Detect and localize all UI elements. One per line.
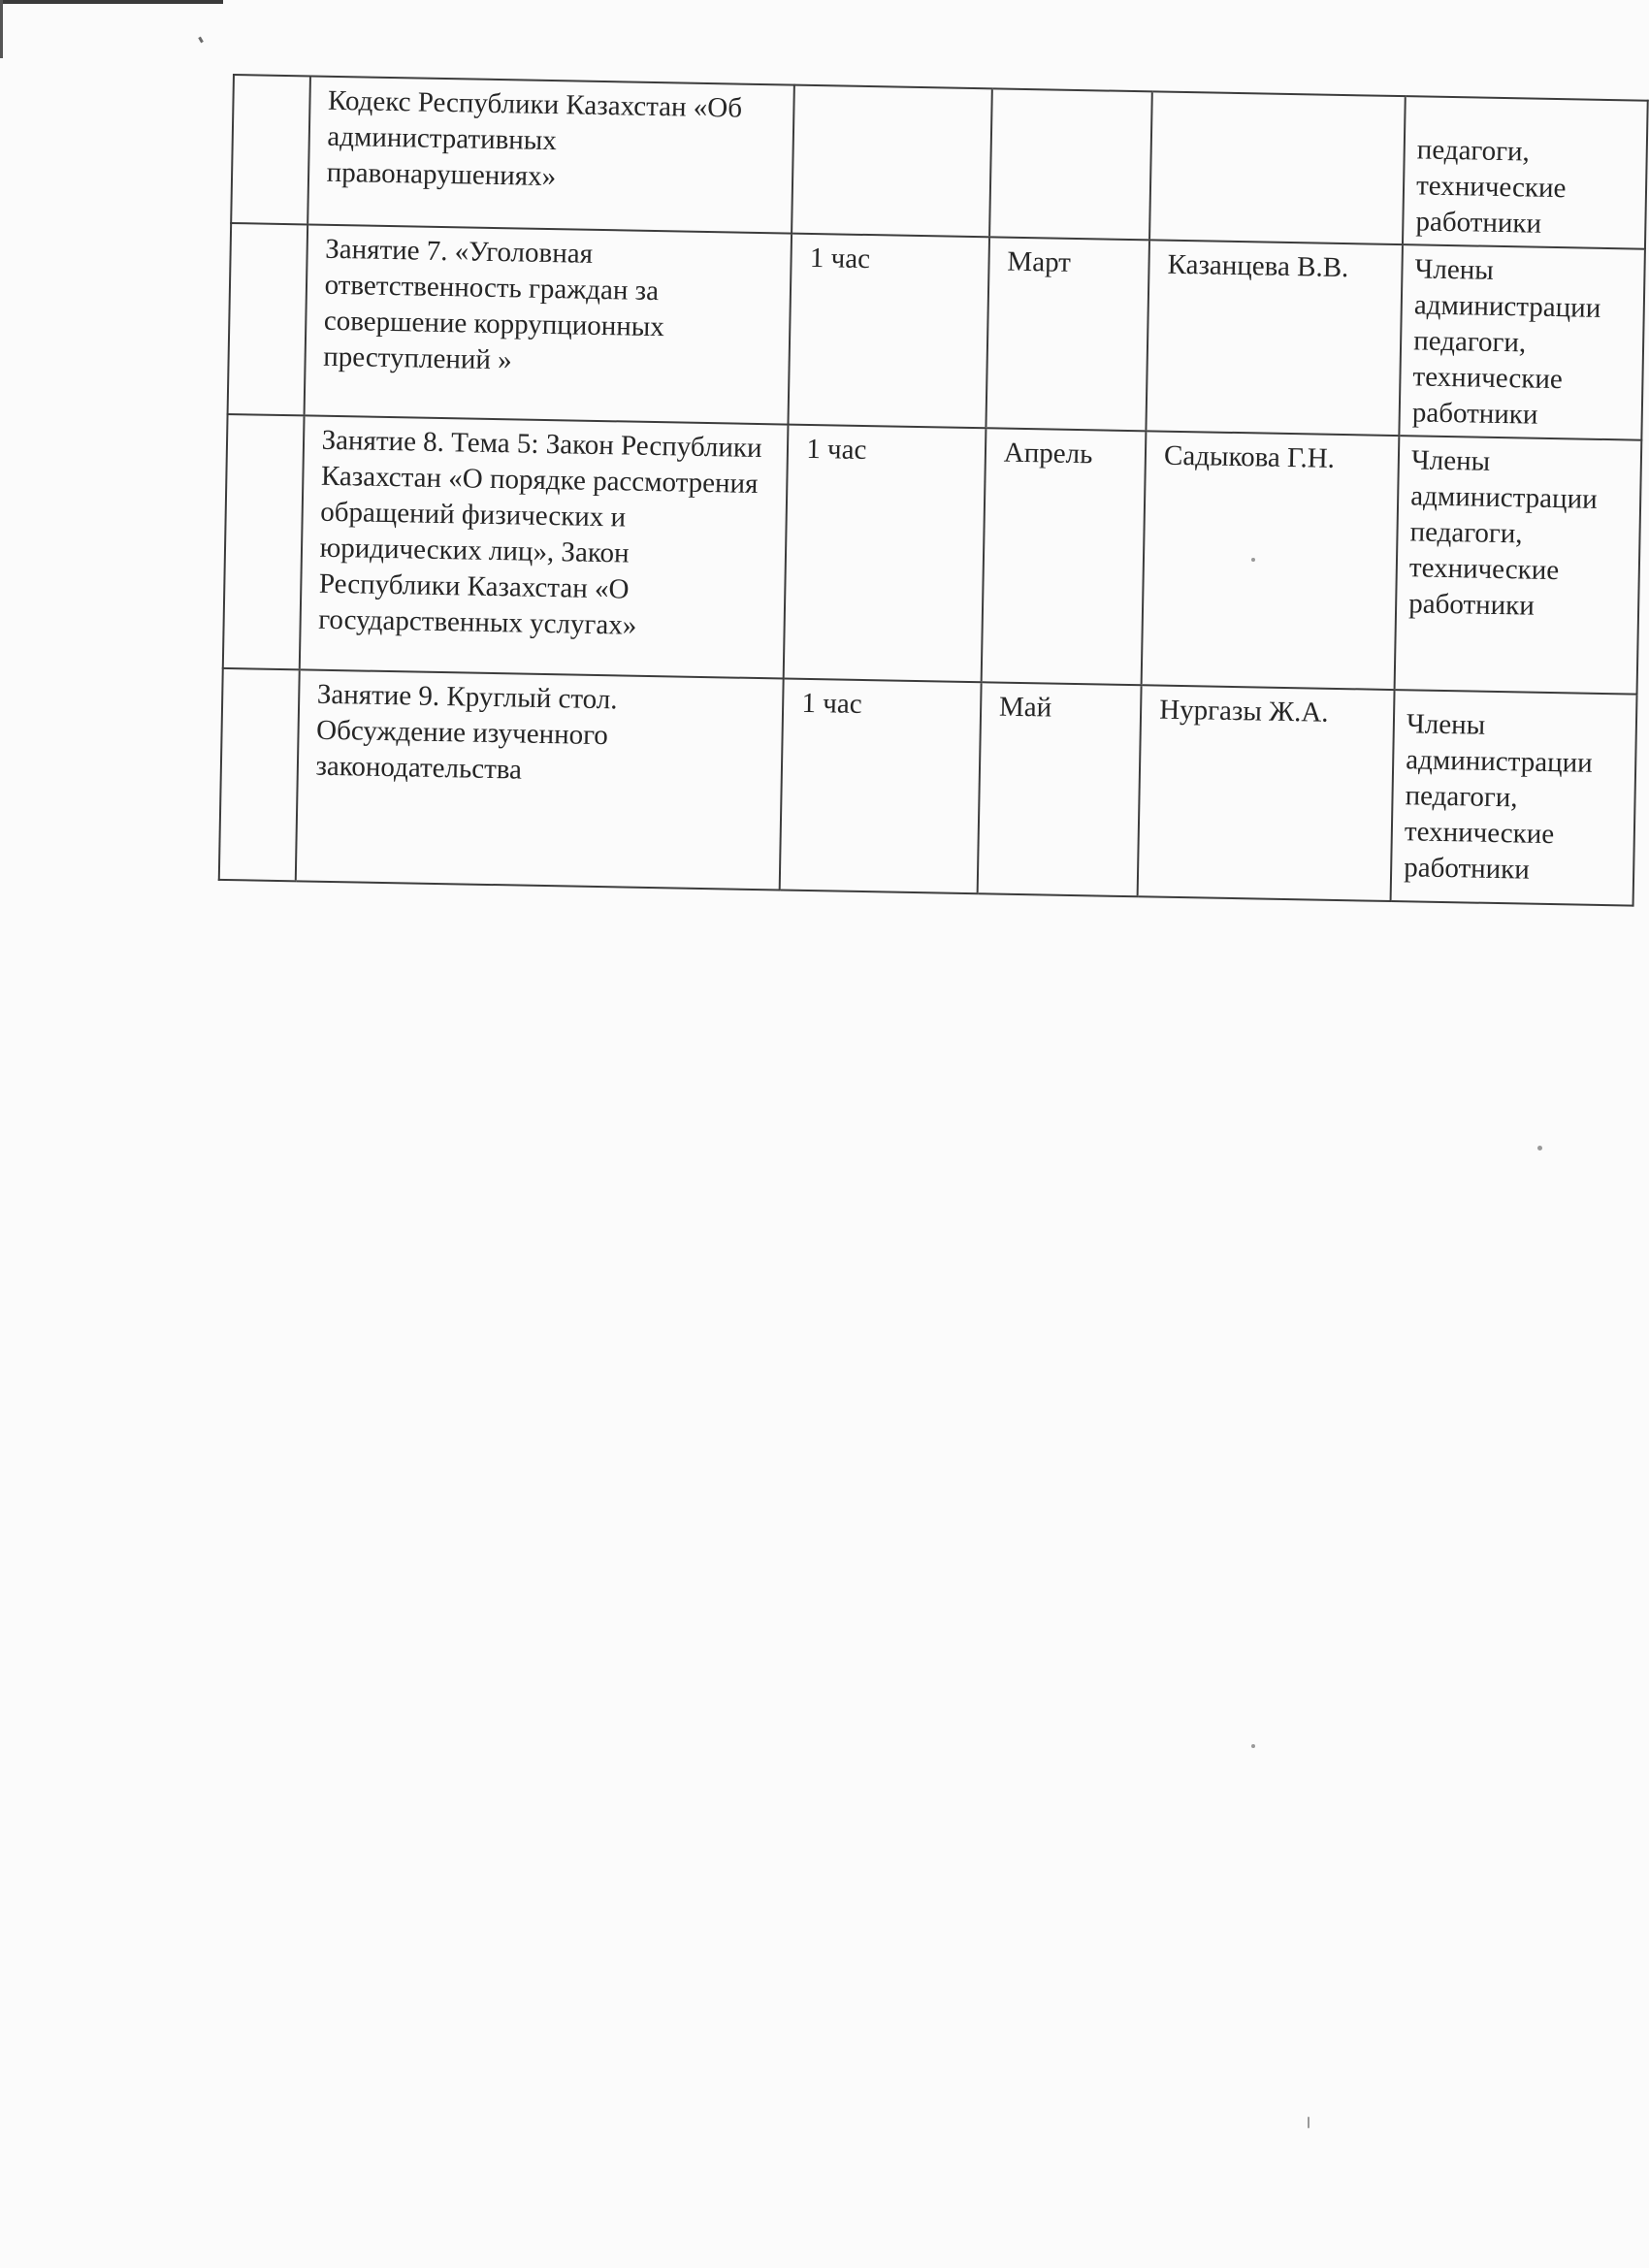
cell-number: [228, 223, 307, 415]
table-row: Занятие 7. «Уголовная ответственность гр…: [228, 223, 1645, 440]
cell-participants: Члены администрации педагоги, технически…: [1395, 436, 1642, 695]
cell-topic: Занятие 8. Тема 5: Закон Республики Каза…: [299, 415, 788, 678]
cell-responsible: Садыкова Г.Н.: [1142, 431, 1400, 690]
cell-participants: Члены администрации педагоги, технически…: [1391, 690, 1637, 906]
cell-number: [223, 414, 304, 669]
cell-responsible: [1149, 91, 1406, 244]
cell-hours: 1 час: [784, 425, 986, 683]
cell-month: Апрель: [982, 428, 1147, 685]
scan-speck: [1308, 2117, 1309, 2128]
document-page: Кодекс Республики Казахстан «Об админист…: [218, 74, 1649, 907]
cell-hours: 1 час: [789, 234, 989, 429]
cell-topic: Кодекс Республики Казахстан «Об админист…: [307, 76, 794, 233]
cell-participants: педагоги, технические работники: [1403, 96, 1648, 249]
cell-hours: 1 час: [780, 679, 981, 894]
cell-number: [231, 75, 309, 224]
table-row: Занятие 8. Тема 5: Закон Республики Каза…: [223, 414, 1642, 695]
cell-number: [219, 668, 300, 881]
table-row: Занятие 9. Круглый стол. Обсуждение изуч…: [219, 668, 1637, 906]
table-row: Кодекс Республики Казахстан «Об админист…: [231, 75, 1648, 249]
cell-participants: Члены администрации педагоги, технически…: [1399, 244, 1644, 440]
scan-speck: [1251, 558, 1255, 562]
scan-border-left: [0, 0, 3, 58]
cell-responsible: Нургазы Ж.А.: [1138, 685, 1395, 901]
scan-speck: [1251, 1744, 1255, 1748]
cell-responsible: Казанцева В.В.: [1147, 240, 1404, 436]
cell-month: Март: [986, 237, 1149, 431]
cell-month: [989, 88, 1152, 240]
scan-speck: [1537, 1146, 1542, 1150]
cell-hours: [792, 85, 991, 238]
cell-topic: Занятие 9. Круглый стол. Обсуждение изуч…: [295, 669, 784, 890]
cell-month: Май: [978, 682, 1142, 896]
scan-border-top: [0, 0, 223, 4]
scan-mark: [198, 33, 210, 44]
cell-topic: Занятие 7. «Уголовная ответственность гр…: [304, 224, 792, 424]
plan-table: Кодекс Республики Казахстан «Об админист…: [218, 74, 1649, 907]
